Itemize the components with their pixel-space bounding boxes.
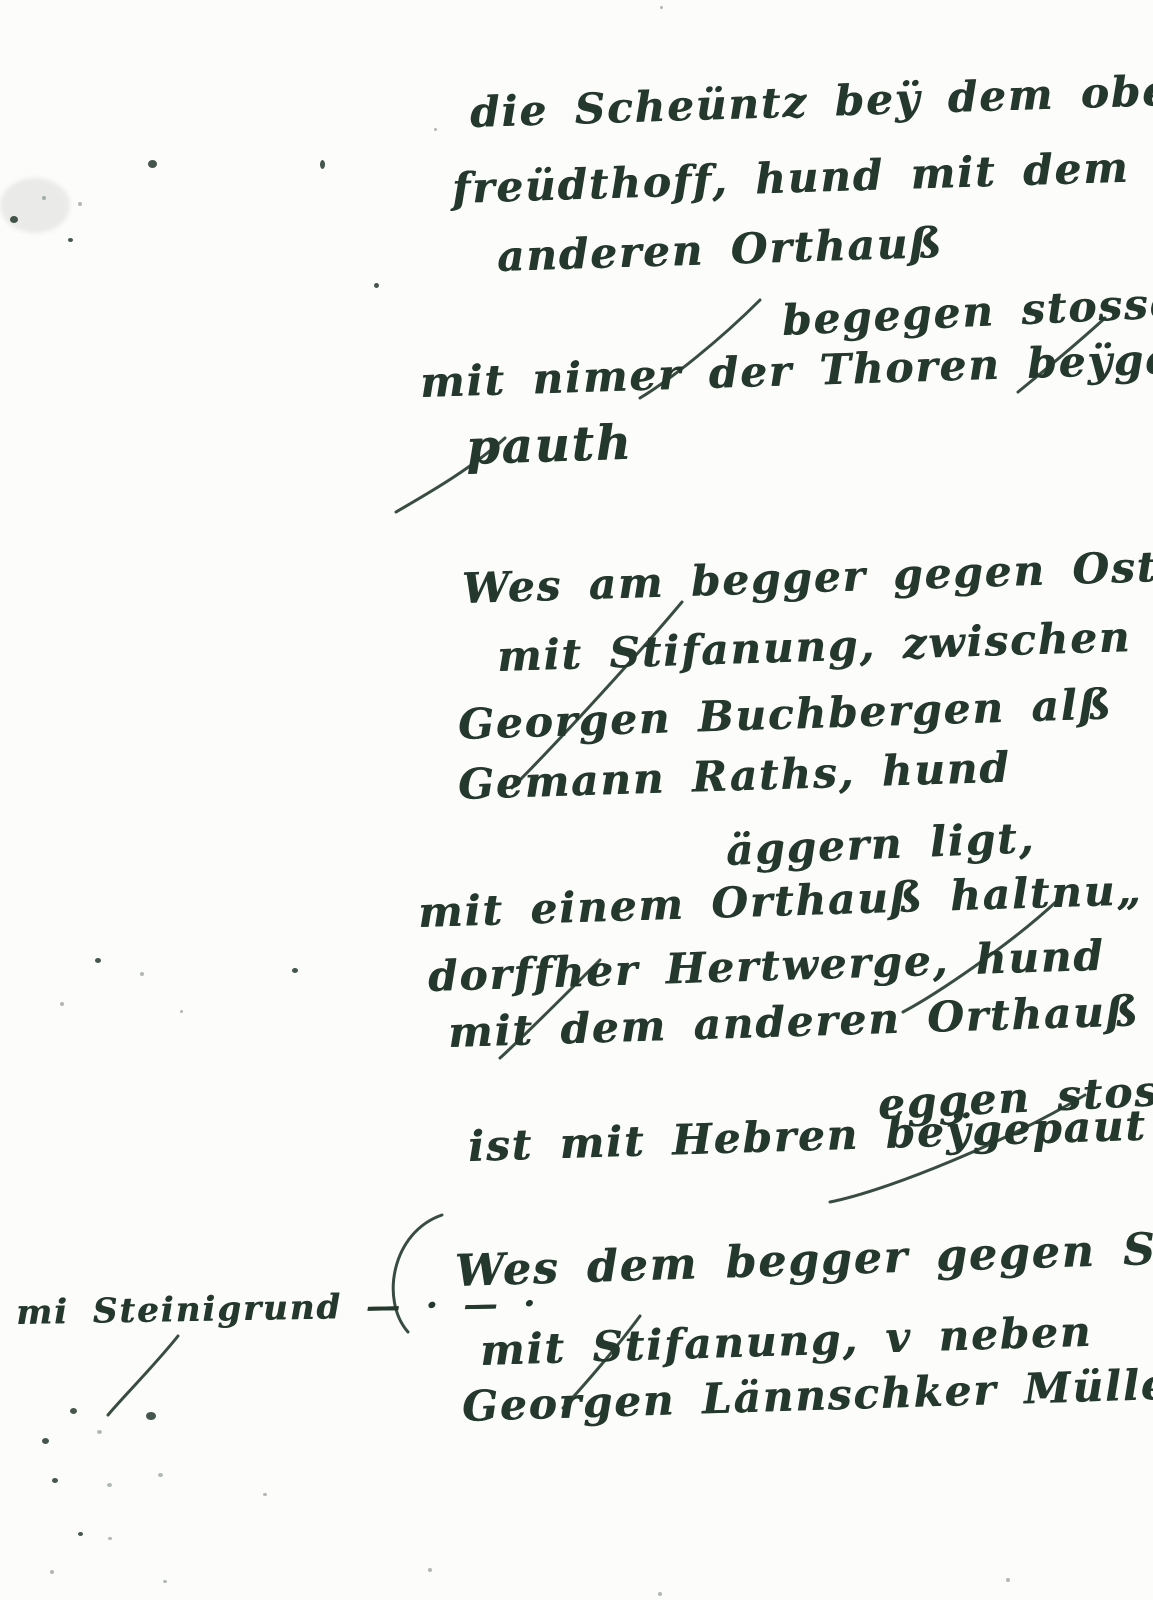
ink-speck [292,968,298,973]
ink-speck [140,972,144,976]
ink-speck [42,196,46,200]
ink-speck [263,1493,267,1496]
handwritten-line: mit dem anderen Orthauß [447,990,1140,1054]
ink-speck [107,1483,112,1487]
ink-speck [320,160,325,169]
scan-smudge [0,178,70,233]
margin-note: mi Steinigrund — · — · [16,1287,538,1330]
handwritten-line: Wes am begger gegen Osterst, [461,542,1153,610]
ink-speck [68,238,73,242]
ink-speck [10,216,18,223]
ink-speck [108,1537,112,1540]
ink-speck [50,1570,54,1574]
ink-speck [146,1412,156,1420]
ink-speck [148,160,157,168]
handwritten-line: ist mit Hebren beÿgepaut [467,1105,1147,1168]
handwritten-line: mit Stifanung, zwischen hern [496,612,1153,678]
handwritten-line: Gemann Raths, hund [457,747,1011,806]
ink-speck [78,1532,83,1536]
handwritten-line: Wes dem begger gegen Suidt, [454,1224,1153,1294]
handwritten-line: begegen stosset, v [781,278,1153,342]
ink-speck [42,1438,49,1444]
manuscript-page: die Scheüntz beÿ dem oberen freüdthoff, … [0,0,1153,1600]
handwritten-line: dorffher Hertwerge, hund [427,935,1105,998]
ink-speck [163,1580,167,1583]
handwritten-line: mit einem Orthauß haltnu„ [417,869,1143,934]
ink-speck [660,6,663,9]
ink-speck [428,1568,432,1572]
ink-speck [658,1592,662,1596]
ink-speck [78,202,82,206]
ink-speck [158,1473,163,1477]
ink-speck [180,1010,183,1013]
handwritten-line: mit nimer der Thoren beÿge„ [419,338,1153,404]
handwritten-line: äggern ligt, [725,817,1036,872]
handwritten-line: Georgen Buchbergen alß [457,683,1113,746]
ink-speck [70,1408,77,1414]
handwritten-line: freüdthoff, hund mit dem [451,147,1130,210]
handwritten-line: pauth [465,419,633,472]
handwritten-line: mit Stifanung, v neben [479,1311,1093,1372]
ink-speck [52,1478,58,1483]
handwritten-line: anderen Orthauß [496,222,943,278]
pen-flourish [108,1336,178,1415]
ink-speck [434,128,437,131]
ink-speck [374,283,379,288]
ink-speck [95,958,101,963]
ink-speck [60,1002,64,1006]
handwritten-line: die Scheüntz beÿ dem oberen [469,67,1153,134]
ink-speck [1006,1578,1010,1582]
ink-speck [97,1430,102,1434]
